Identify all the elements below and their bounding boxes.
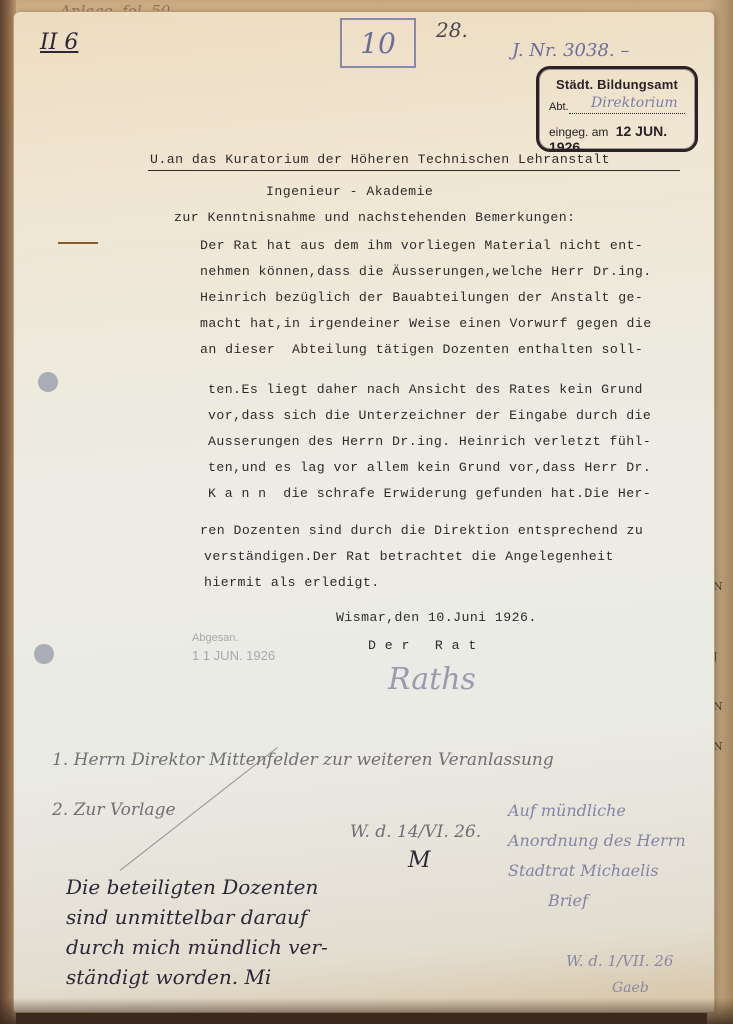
right-note-line: Brief <box>508 886 686 916</box>
dispatch-stamp-label: Abgesan. <box>192 632 275 644</box>
body-line: vor,dass sich die Unterzeichner der Eing… <box>208 408 651 423</box>
body-line: an dieser Abteilung tätigen Dozenten ent… <box>200 342 643 357</box>
body-line: Ausserungen des Herrn Dr.ing. Heinrich v… <box>208 434 651 449</box>
bottom-note-line: sind unmittelbar darauf <box>66 902 328 932</box>
journal-number: J. Nr. 3038. – <box>512 40 629 61</box>
right-handwritten-note: Auf mündliche Anordnung des Herrn Stadtr… <box>508 796 686 916</box>
body-line: ten.Es liegt daher nach Ansicht des Rate… <box>208 382 643 397</box>
body-line: ten,und es lag vor allem kein Grund vor,… <box>208 460 651 475</box>
receipt-stamp: Städt. Bildungsamt Abt. Direktorium eing… <box>536 66 698 152</box>
right-note-line: Anordnung des Herrn <box>508 826 686 856</box>
rust-mark <box>58 242 98 244</box>
handwritten-note-2: 2. Zur Vorlage <box>52 800 176 820</box>
addressee-line-3: zur Kenntnisnahme und nachstehenden Beme… <box>174 210 575 225</box>
stamp-title: Städt. Bildungsamt <box>539 77 695 92</box>
handwritten-note-2-date: W. d. 14/VI. 26. <box>350 822 481 842</box>
bottom-edge-shadow <box>0 998 733 1024</box>
stamp-abt-label: Abt. <box>549 101 569 113</box>
signatory: D e r R a t <box>368 638 477 653</box>
body-line: nehmen können,dass die Äusserungen,welch… <box>200 264 652 279</box>
body-line: verständigen.Der Rat betrachtet die Ange… <box>204 549 614 564</box>
dispatch-stamp-date: 1 1 JUN. 1926 <box>192 648 275 663</box>
body-line: ren Dozenten sind durch die Direktion en… <box>200 523 643 538</box>
body-line: K a n n die schrafe Erwiderung gefunden … <box>208 486 651 501</box>
top-left-mark: II 6 <box>40 30 78 55</box>
body-line: hiermit als erledigt. <box>204 575 380 590</box>
right-note-line: Auf mündliche <box>508 796 686 826</box>
initial-mark: M <box>408 848 431 873</box>
addressee-line-1: U.an das Kuratorium der Höheren Technisc… <box>150 152 610 167</box>
bottom-handwritten-note: Die beteiligten Dozenten sind unmittelba… <box>66 872 328 992</box>
stamp-abt-value: Direktorium <box>591 95 678 111</box>
stamp-received-row: eingeg. am 12 JUN. 1926 <box>549 123 695 155</box>
handwritten-note-1: 1. Herrn Direktor Mittenfelder zur weite… <box>52 750 554 770</box>
folio-number-box: 10 <box>340 18 416 68</box>
bottom-note-line: durch mich mündlich ver- <box>66 932 328 962</box>
punch-hole-mark <box>38 372 58 392</box>
stamp-received-label: eingeg. am <box>549 125 608 139</box>
right-note-date: W. d. 1/VII. 26 <box>566 952 673 970</box>
body-line: Heinrich bezüglich der Bauabteilungen de… <box>200 290 643 305</box>
stamp-abt-line <box>569 113 685 114</box>
dispatch-stamp: Abgesan. 1 1 JUN. 1926 <box>192 632 275 663</box>
punch-hole-mark <box>34 644 54 664</box>
addressee-line-2: Ingenieur - Akademie <box>266 184 433 199</box>
heading-underline <box>148 170 680 171</box>
body-line: Der Rat hat aus dem ihm vorliegen Materi… <box>200 238 643 253</box>
folio-number: 10 <box>360 27 396 60</box>
place-date: Wismar,den 10.Juni 1926. <box>336 610 537 625</box>
body-line: macht hat,in irgendeiner Weise einen Vor… <box>200 316 652 331</box>
bottom-note-line: Die beteiligten Dozenten <box>66 872 328 902</box>
bottom-note-line: ständigt worden. Mi <box>66 962 328 992</box>
right-note-line: Stadtrat Michaelis <box>508 856 686 886</box>
page-reference: 28. <box>436 18 468 42</box>
right-note-initials: Gaeb <box>612 980 649 996</box>
signature: Raths <box>388 662 476 697</box>
